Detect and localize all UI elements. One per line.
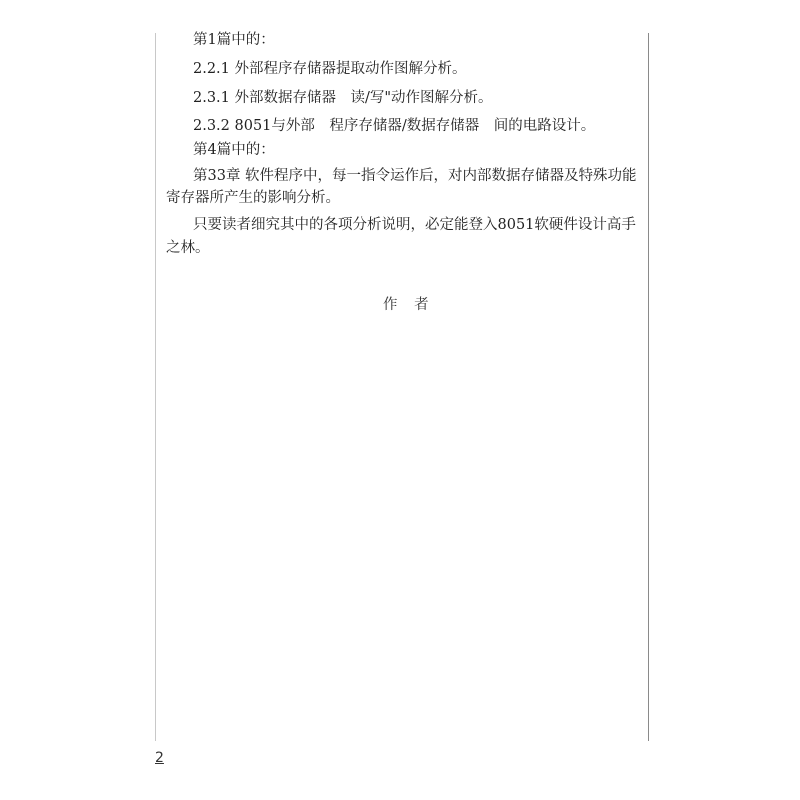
- text-line: 2.3.2 8051与外部 程序存储器/数据存储器 间的电路设计。: [193, 116, 595, 136]
- page-number: 2: [155, 750, 164, 766]
- text-line: 第4篇中的：: [193, 140, 275, 160]
- text-line: 2.2.1 外部程序存储器提取动作图解分析。: [193, 59, 467, 79]
- text-line: 只要读者细究其中的各项分析说明，必定能登入8051软硬件设计高手: [193, 215, 636, 235]
- text-line: 之林。: [166, 238, 210, 258]
- author-signature: 作 者: [383, 293, 435, 314]
- text-line: 寄存器所产生的影响分析。: [166, 188, 340, 208]
- text-line: 2.3.1 外部数据存储器 读/写"动作图解分析。: [193, 88, 493, 108]
- right-margin-rule: [648, 33, 649, 741]
- left-margin-rule: [155, 33, 156, 741]
- text-line: 第33章 软件程序中，每一指令运作后，对内部数据存储器及特殊功能: [193, 166, 637, 186]
- text-line: 第1篇中的：: [193, 30, 275, 50]
